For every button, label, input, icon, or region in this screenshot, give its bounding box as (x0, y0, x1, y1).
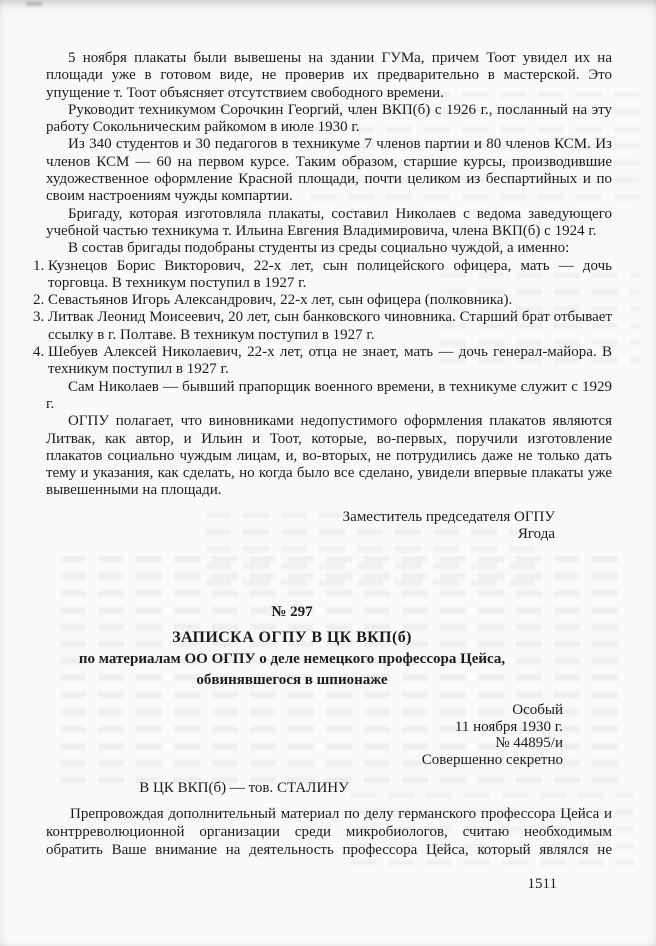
document-number: № 297 (46, 604, 538, 621)
signature-name: Ягода (46, 526, 555, 544)
paragraph: Из 340 студентов и 30 педагогов в техник… (46, 136, 612, 205)
document-subtitle-line: обвинявшегося в шпионаже (46, 670, 538, 691)
list-item-text: Севастьянов Игорь Александрович, 22-х ле… (48, 292, 612, 309)
stamp-line: № 44895/и (46, 735, 563, 752)
list-item: 2. Севастьянов Игорь Александрович, 22-х… (33, 292, 612, 309)
document-subtitle-line: по материалам ОО ОГПУ о деле немецкого п… (46, 649, 538, 670)
list-item-number: 4. (33, 344, 48, 379)
document-title: ЗАПИСКА ОГПУ В ЦК ВКП(б) (46, 629, 538, 647)
body-paragraph: Препровождая дополнительный материал по … (46, 805, 612, 859)
suspects-list: 1. Кузнецов Борис Викторович, 22-х лет, … (33, 258, 612, 379)
paragraph: Бригаду, которая изготовляла плакаты, со… (46, 206, 612, 241)
list-item-number: 1. (33, 258, 48, 293)
signature-block: Заместитель председателя ОГПУ Ягода (46, 509, 612, 544)
list-item: 4. Шебуев Алексей Николаевич, 22-х лет, … (33, 344, 612, 379)
stamp-line: Совершенно секретно (46, 752, 563, 769)
scan-speck (26, 2, 42, 6)
addressee-line: В ЦК ВКП(б) — тов. СТАЛИНУ (46, 780, 442, 797)
list-item-text: Кузнецов Борис Викторович, 22-х лет, сын… (48, 258, 612, 293)
scanned-book-page: 5 ноября плакаты были вывешены на здании… (0, 0, 656, 946)
list-item: 3. Литвак Леонид Моисеевич, 20 лет, сын … (33, 309, 612, 344)
list-item-text: Литвак Леонид Моисеевич, 20 лет, сын бан… (48, 309, 612, 344)
list-item-number: 2. (33, 292, 48, 309)
document-stamp-block: Особый 11 ноября 1930 г. № 44895/и Совер… (46, 702, 612, 768)
document-ogpu-report-body: 5 ноября плакаты были вывешены на здании… (46, 50, 612, 544)
stamp-line: Особый (46, 702, 563, 719)
page-number: 1511 (528, 876, 557, 893)
paragraph: Руководит техникумом Сорочкин Георгий, ч… (46, 102, 612, 137)
paragraph: 5 ноября плакаты были вывешены на здании… (46, 50, 612, 102)
paragraph: Сам Николаев — бывший прапорщик военного… (46, 379, 612, 414)
paragraph: ОГПУ полагает, что виновниками недопусти… (46, 413, 612, 499)
list-item-number: 3. (33, 309, 48, 344)
document-297: № 297 ЗАПИСКА ОГПУ В ЦК ВКП(б) по матери… (46, 604, 612, 859)
list-item: 1. Кузнецов Борис Викторович, 22-х лет, … (33, 258, 612, 293)
signature-title: Заместитель председателя ОГПУ (46, 509, 555, 527)
list-item-text: Шебуев Алексей Николаевич, 22-х лет, отц… (48, 344, 612, 379)
paragraph: В состав бригады подобраны студенты из с… (46, 240, 612, 257)
stamp-line: 11 ноября 1930 г. (46, 719, 563, 736)
